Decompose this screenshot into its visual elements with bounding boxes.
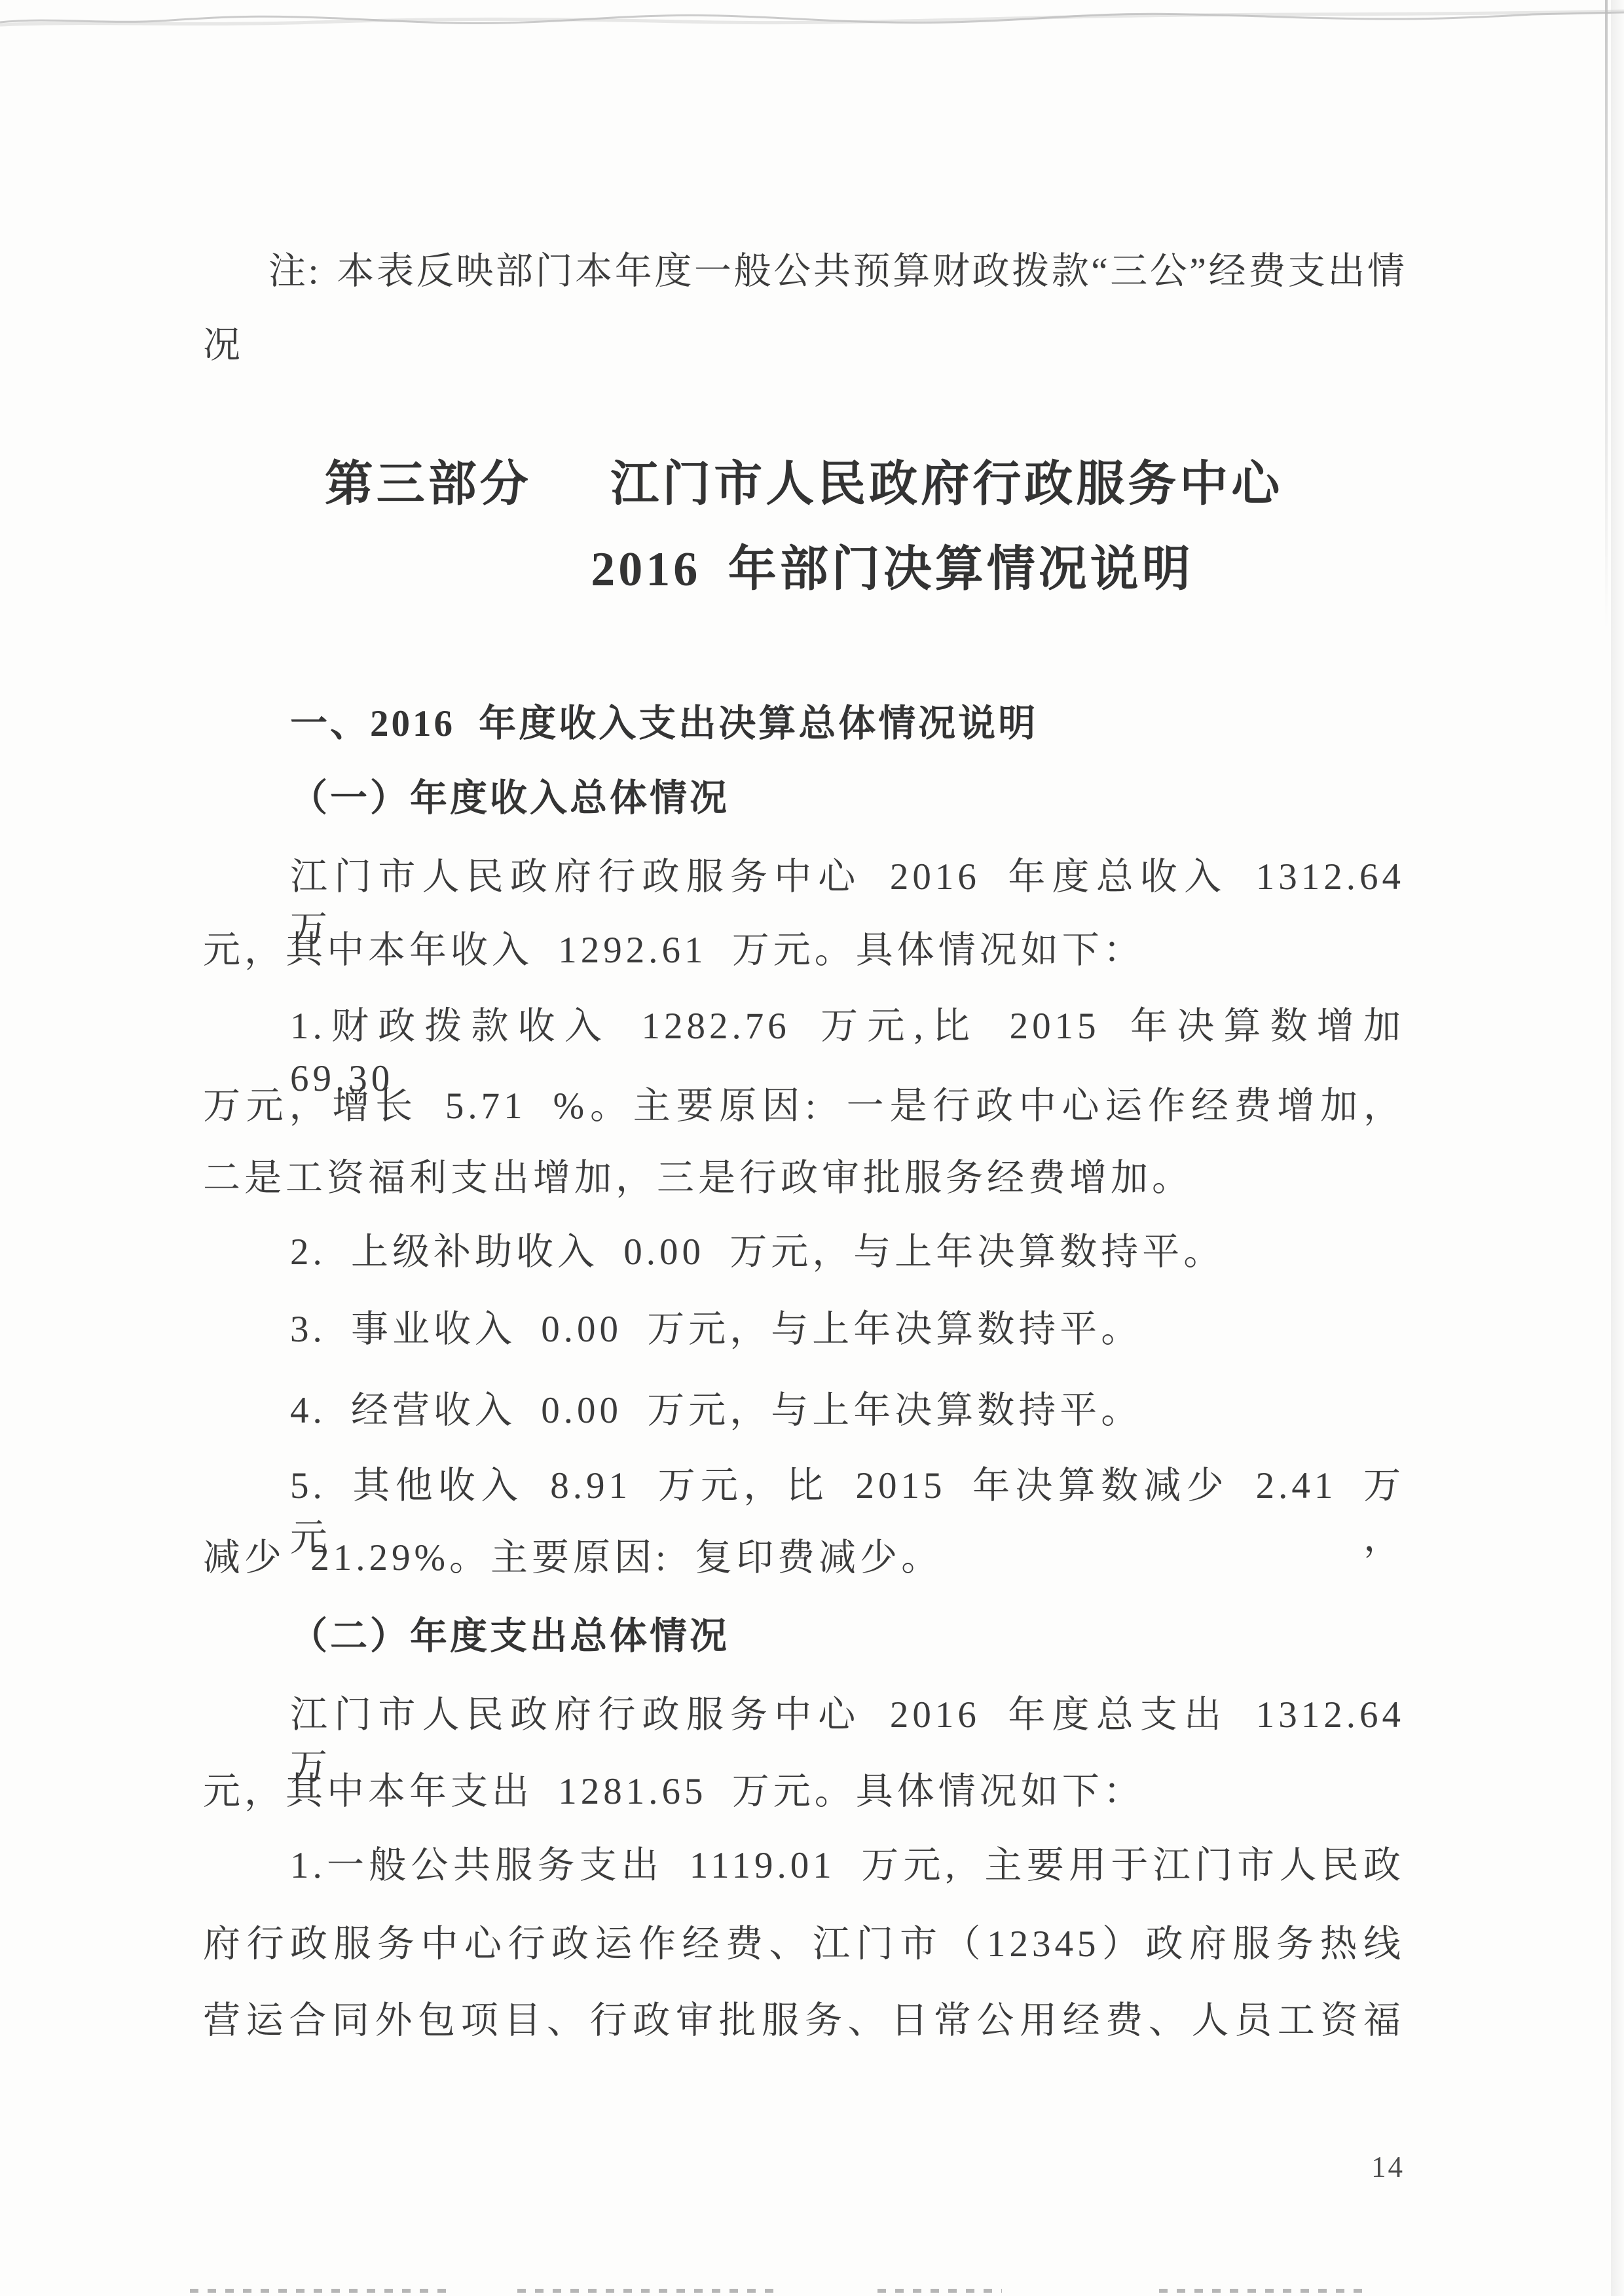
public-service-expense-line-3: 营运合同外包项目、行政审批服务、日常公用经费、人员工资福: [203, 1995, 1405, 2047]
subsection-heading-income: （一）年度收入总体情况: [203, 773, 1405, 825]
scan-artifact-right-edge-line: [1605, 0, 1608, 629]
subsection-heading-expenditure: （二）年度支出总体情况: [203, 1611, 1405, 1663]
note-text-line-1: 注: 本表反映部门本年度一般公共预算财政拨款“三公”经费支出情: [203, 246, 1405, 298]
other-income-item-line-2: 减少 21.29%。主要原因: 复印费减少。: [203, 1532, 1405, 1584]
page-number: 14: [1371, 2151, 1405, 2183]
operating-income-item: 4. 经营收入 0.00 万元，与上年决算数持平。: [203, 1385, 1405, 1437]
part-title-line-1: 第三部分 江门市人民政府行政服务中心: [203, 452, 1405, 517]
scan-artifact-bottom-speckle: [517, 2289, 779, 2293]
scan-artifact-bottom-speckle: [1159, 2289, 1369, 2293]
fiscal-income-item-line-3: 二是工资福利支出增加，三是行政审批服务经费增加。: [203, 1152, 1405, 1205]
subsidy-income-item: 2. 上级补助收入 0.00 万元，与上年决算数持平。: [203, 1226, 1405, 1279]
scan-artifact-bottom-speckle: [190, 2289, 452, 2293]
public-service-expense-line-1: 1.一般公共服务支出 1119.01 万元, 主要用于江门市人民政: [203, 1840, 1405, 1892]
expenditure-paragraph-line-2: 元，其中本年支出 1281.65 万元。具体情况如下：: [203, 1766, 1405, 1818]
public-service-expense-line-2: 府行政服务中心行政运作经费、江门市（12345）政府服务热线: [203, 1918, 1405, 1971]
scan-artifact-top-edge: [0, 0, 1624, 30]
part-title-line-2: 2016 年部门决算情况说明: [203, 537, 1405, 602]
scan-artifact-bottom-speckle: [877, 2289, 1002, 2293]
scan-artifact-right-edge-shade: [1611, 0, 1624, 2296]
fiscal-income-item-line-2: 万元，增长 5.71 %。主要原因: 一是行政中心运作经费增加，: [203, 1080, 1405, 1133]
section-heading-overview: 一、2016 年度收入支出决算总体情况说明: [203, 698, 1405, 750]
business-income-item: 3. 事业收入 0.00 万元，与上年决算数持平。: [203, 1303, 1405, 1356]
document-page: 注: 本表反映部门本年度一般公共预算财政拨款“三公”经费支出情 况 第三部分 江…: [0, 0, 1624, 2296]
income-paragraph-line-2: 元，其中本年收入 1292.61 万元。具体情况如下：: [203, 924, 1405, 977]
note-text-line-2: 况: [203, 319, 1405, 372]
